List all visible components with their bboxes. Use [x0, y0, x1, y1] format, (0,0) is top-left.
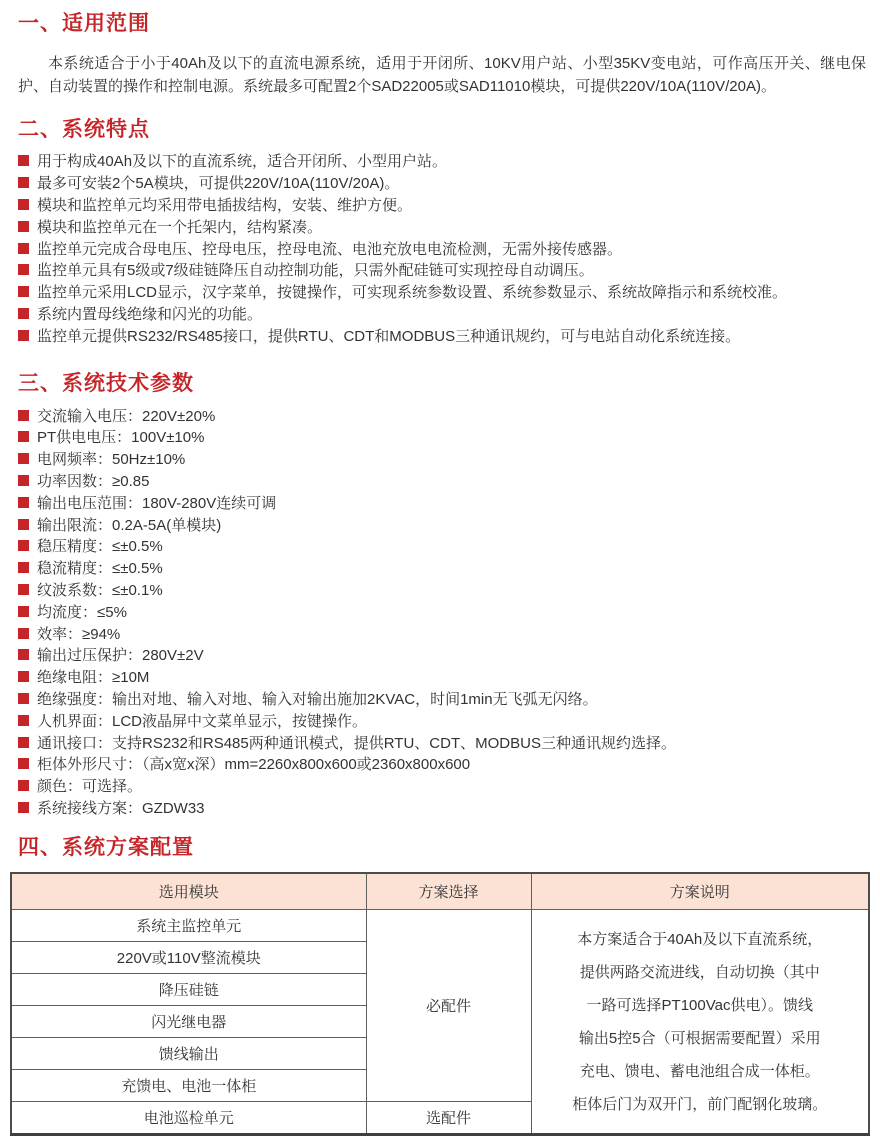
feature-text: 模块和监控单元在一个托架内，结构紧凑。 [37, 216, 322, 237]
parameter-item: 纹波系数：≤±0.1% [18, 579, 868, 601]
feature-text: 监控单元完成合母电压、控母电压，控母电流、电池充放电电流检测，无需外接传感器。 [37, 238, 622, 259]
parameter-item: 颜色：可选择。 [18, 775, 868, 797]
bullet-square-icon [18, 562, 29, 573]
feature-item: 监控单元提供RS232/RS485接口，提供RTU、CDT和MODBUS三种通讯… [18, 324, 868, 346]
parameter-text: 电网频率：50Hz±10% [37, 448, 185, 469]
parameter-item: 人机界面：LCD液晶屏中文菜单显示，按键操作。 [18, 709, 868, 731]
parameter-item: 均流度：≤5% [18, 600, 868, 622]
parameter-text: 交流输入电压：220V±20% [37, 405, 215, 426]
parameter-text: 柜体外形尺寸：（高x宽x深）mm=2260x800x600或2360x800x6… [37, 753, 470, 774]
note-cell: 本方案适合于40Ah及以下直流系统， 提供两路交流进线，自动切换（其中 一路可选… [531, 910, 869, 1135]
module-cell: 闪光继电器 [11, 1006, 366, 1038]
feature-text: 用于构成40Ah及以下的直流系统，适合开闭所、小型用户站。 [37, 150, 447, 171]
parameter-text: PT供电电压：100V±10% [37, 426, 204, 447]
bullet-square-icon [18, 155, 29, 166]
feature-item: 用于构成40Ah及以下的直流系统，适合开闭所、小型用户站。 [18, 150, 868, 172]
note-line: 一路可选择PT100Vac供电）。馈线 [532, 989, 869, 1022]
module-cell: 馈线输出 [11, 1038, 366, 1070]
bullet-square-icon [18, 780, 29, 791]
parameter-text: 纹波系数：≤±0.1% [37, 579, 163, 600]
table-row: 系统主监控单元 必配件 本方案适合于40Ah及以下直流系统， 提供两路交流进线，… [11, 910, 869, 942]
parameter-text: 系统接线方案：GZDW33 [37, 797, 205, 818]
feature-text: 系统内置母线绝缘和闪光的功能。 [37, 303, 262, 324]
section-title-features: 二、系统特点 [18, 116, 868, 144]
parameter-item: 功率因数：≥0.85 [18, 470, 868, 492]
bullet-square-icon [18, 475, 29, 486]
note-line: 提供两路交流进线，自动切换（其中 [532, 956, 869, 989]
bullet-square-icon [18, 649, 29, 660]
parameter-item: 系统接线方案：GZDW33 [18, 797, 868, 819]
module-cell: 系统主监控单元 [11, 910, 366, 942]
section-title-scope: 一、适用范围 [18, 10, 868, 38]
parameter-item: PT供电电压：100V±10% [18, 426, 868, 448]
bullet-square-icon [18, 606, 29, 617]
parameter-text: 输出过压保护：280V±2V [37, 644, 204, 665]
configuration-table: 选用模块 方案选择 方案说明 系统主监控单元 必配件 本方案适合于40Ah及以下… [10, 872, 870, 1136]
parameter-item: 输出限流：0.2A-5A(单模块) [18, 513, 868, 535]
parameter-item: 稳压精度：≤±0.5% [18, 535, 868, 557]
parameter-text: 颜色：可选择。 [37, 775, 142, 796]
bullet-square-icon [18, 286, 29, 297]
feature-item: 监控单元完成合母电压、控母电压，控母电流、电池充放电电流检测，无需外接传感器。 [18, 237, 868, 259]
module-cell: 电池巡检单元 [11, 1102, 366, 1135]
header-plan: 方案选择 [366, 873, 531, 910]
parameter-text: 输出电压范围：180V-280V连续可调 [37, 492, 276, 513]
note-line: 柜体后门为双开门，前门配钢化玻璃。 [532, 1088, 869, 1121]
bullet-square-icon [18, 519, 29, 530]
parameter-item: 效率：≥94% [18, 622, 868, 644]
module-cell: 充馈电、电池一体柜 [11, 1070, 366, 1102]
bullet-square-icon [18, 628, 29, 639]
parameter-text: 稳压精度：≤±0.5% [37, 535, 163, 556]
bullet-square-icon [18, 584, 29, 595]
required-cell: 必配件 [366, 910, 531, 1102]
bullet-square-icon [18, 758, 29, 769]
bullet-square-icon [18, 199, 29, 210]
feature-text: 监控单元采用LCD显示，汉字菜单，按键操作，可实现系统参数设置、系统参数显示、系… [37, 281, 787, 302]
bullet-square-icon [18, 497, 29, 508]
parameter-item: 柜体外形尺寸：（高x宽x深）mm=2260x800x600或2360x800x6… [18, 753, 868, 775]
bullet-square-icon [18, 693, 29, 704]
features-list: 用于构成40Ah及以下的直流系统，适合开闭所、小型用户站。 最多可安装2个5A模… [18, 150, 868, 346]
parameter-item: 稳流精度：≤±0.5% [18, 557, 868, 579]
parameter-item: 绝缘电阻：≥10M [18, 666, 868, 688]
parameter-text: 绝缘电阻：≥10M [37, 666, 149, 687]
parameter-item: 交流输入电压：220V±20% [18, 404, 868, 426]
note-line: 充电、馈电、蓄电池组合成一体柜。 [532, 1055, 869, 1088]
scope-paragraph: 本系统适合于小于40Ah及以下的直流电源系统，适用于开闭所、10KV用户站、小型… [18, 52, 868, 98]
bullet-square-icon [18, 264, 29, 275]
table-header-row: 选用模块 方案选择 方案说明 [11, 873, 869, 910]
feature-text: 监控单元具有5级或7级硅链降压自动控制功能，只需外配硅链可实现控母自动调压。 [37, 259, 594, 280]
parameters-list: 交流输入电压：220V±20% PT供电电压：100V±10% 电网频率：50H… [18, 404, 868, 818]
feature-item: 监控单元采用LCD显示，汉字菜单，按键操作，可实现系统参数设置、系统参数显示、系… [18, 281, 868, 303]
module-cell: 220V或110V整流模块 [11, 942, 366, 974]
parameter-text: 稳流精度：≤±0.5% [37, 557, 163, 578]
bullet-square-icon [18, 308, 29, 319]
feature-item: 监控单元具有5级或7级硅链降压自动控制功能，只需外配硅链可实现控母自动调压。 [18, 259, 868, 281]
feature-text: 模块和监控单元均采用带电插拔结构，安装、维护方便。 [37, 194, 412, 215]
bullet-square-icon [18, 715, 29, 726]
bullet-square-icon [18, 737, 29, 748]
bullet-square-icon [18, 243, 29, 254]
parameter-text: 通讯接口：支持RS232和RS485两种通讯模式，提供RTU、CDT、MODBU… [37, 732, 676, 753]
parameter-text: 绝缘强度：输出对地、输入对地、输入对输出施加2KVAC，时间1min无飞弧无闪络… [37, 688, 598, 709]
feature-item: 模块和监控单元均采用带电插拔结构，安装、维护方便。 [18, 194, 868, 216]
bullet-square-icon [18, 802, 29, 813]
feature-item: 最多可安装2个5A模块，可提供220V/10A(110V/20A)。 [18, 172, 868, 194]
header-note: 方案说明 [531, 873, 869, 910]
parameter-text: 均流度：≤5% [37, 601, 127, 622]
parameter-item: 通讯接口：支持RS232和RS485两种通讯模式，提供RTU、CDT、MODBU… [18, 731, 868, 753]
parameter-text: 人机界面：LCD液晶屏中文菜单显示，按键操作。 [37, 710, 367, 731]
note-line: 本方案适合于40Ah及以下直流系统， [532, 923, 869, 956]
parameter-item: 输出电压范围：180V-280V连续可调 [18, 491, 868, 513]
parameter-item: 输出过压保护：280V±2V [18, 644, 868, 666]
note-line: 输出5控5合（可根据需要配置）采用 [532, 1022, 869, 1055]
bullet-square-icon [18, 410, 29, 421]
feature-text: 最多可安装2个5A模块，可提供220V/10A(110V/20A)。 [37, 172, 399, 193]
bullet-square-icon [18, 671, 29, 682]
section-title-parameters: 三、系统技术参数 [18, 370, 868, 398]
parameter-text: 输出限流：0.2A-5A(单模块) [37, 514, 221, 535]
module-cell: 降压硅链 [11, 974, 366, 1006]
feature-text: 监控单元提供RS232/RS485接口，提供RTU、CDT和MODBUS三种通讯… [37, 325, 740, 346]
feature-item: 模块和监控单元在一个托架内，结构紧凑。 [18, 215, 868, 237]
feature-item: 系统内置母线绝缘和闪光的功能。 [18, 303, 868, 325]
bullet-square-icon [18, 330, 29, 341]
document-page: 一、适用范围 本系统适合于小于40Ah及以下的直流电源系统，适用于开闭所、10K… [0, 0, 880, 1136]
parameter-item: 绝缘强度：输出对地、输入对地、输入对输出施加2KVAC，时间1min无飞弧无闪络… [18, 688, 868, 710]
bullet-square-icon [18, 453, 29, 464]
parameter-item: 电网频率：50Hz±10% [18, 448, 868, 470]
parameter-text: 功率因数：≥0.85 [37, 470, 149, 491]
bullet-square-icon [18, 221, 29, 232]
parameter-text: 效率：≥94% [37, 623, 120, 644]
optional-cell: 选配件 [366, 1102, 531, 1135]
section-title-configuration: 四、系统方案配置 [18, 834, 868, 862]
bullet-square-icon [18, 431, 29, 442]
header-module: 选用模块 [11, 873, 366, 910]
bullet-square-icon [18, 177, 29, 188]
bullet-square-icon [18, 540, 29, 551]
